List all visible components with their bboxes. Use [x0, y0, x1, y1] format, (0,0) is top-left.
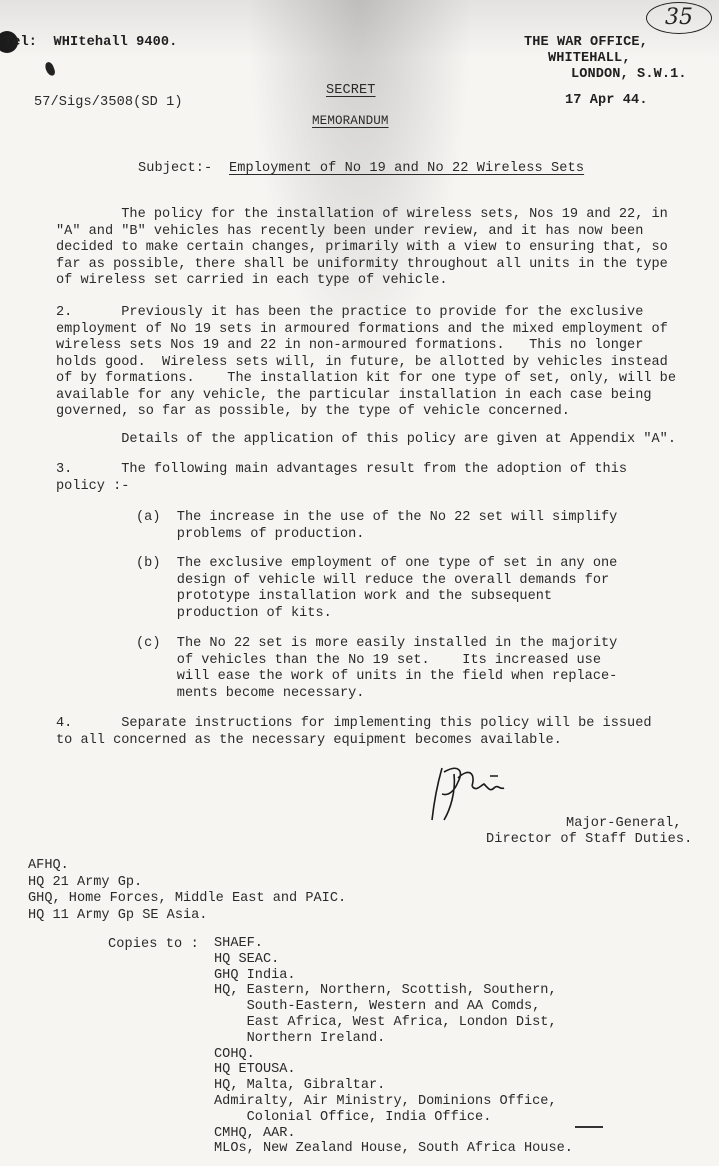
- text-line: policy :-: [56, 479, 627, 496]
- addressee-item: HQ 21 Army Gp.: [28, 875, 346, 892]
- addressee-item: GHQ, Home Forces, Middle East and PAIC.: [28, 891, 346, 908]
- copy-recipient-item: Northern Ireland.: [214, 1031, 573, 1047]
- signatory-rank: Major-General,: [566, 815, 682, 832]
- copy-recipient-item: HQ, Malta, Gibraltar.: [214, 1078, 573, 1094]
- copy-recipient-item: COHQ.: [214, 1047, 573, 1063]
- copy-recipient-item: HQ SEAC.: [214, 952, 573, 968]
- advantage-line: design of vehicle will reduce the overal…: [136, 573, 617, 590]
- addressee-item: HQ 11 Army Gp SE Asia.: [28, 908, 346, 925]
- memo-page: 35 Tel: WHItehall 9400. 57/Sigs/3508(SD …: [0, 0, 719, 1166]
- copies-to-label: Copies to :: [108, 936, 199, 953]
- advantage-line: (a) The increase in the use of the No 22…: [136, 510, 617, 527]
- advantage-a: (a) The increase in the use of the No 22…: [136, 510, 617, 543]
- paragraph-2: 2. Previously it has been the practice t…: [56, 305, 676, 421]
- advantage-c: (c) The No 22 set is more easily install…: [136, 636, 617, 702]
- copies-list: SHAEF.HQ SEAC.GHQ India.HQ, Eastern, Nor…: [214, 936, 573, 1157]
- advantage-line: (c) The No 22 set is more easily install…: [136, 636, 617, 653]
- copy-recipient-item: CMHQ, AAR.: [214, 1126, 573, 1142]
- text-line: governed, so far as possible, by the typ…: [56, 404, 676, 421]
- advantage-line: of vehicles than the No 19 set. Its incr…: [136, 653, 617, 670]
- addressee-item: AFHQ.: [28, 858, 346, 875]
- text-line: "A" and "B" vehicles has recently been u…: [56, 224, 668, 241]
- memorandum-label: MEMORANDUM: [312, 113, 389, 130]
- text-line: to all concerned as the necessary equipm…: [56, 733, 652, 750]
- paragraph-1: The policy for the installation of wirel…: [56, 207, 668, 290]
- classification-label: SECRET: [326, 82, 376, 99]
- signatory-title: Director of Staff Duties.: [486, 831, 692, 848]
- text-line: of by formations. The installation kit f…: [56, 371, 676, 388]
- signature-mark: [428, 762, 548, 826]
- text-line: decided to make certain changes, primari…: [56, 240, 668, 257]
- copy-recipient-item: Colonial Office, India Office.: [214, 1110, 573, 1126]
- address-line-2: WHITEHALL,: [548, 50, 631, 67]
- address-line-3: LONDON, S.W.1.: [571, 66, 687, 83]
- text-line: The policy for the installation of wirel…: [56, 207, 668, 224]
- copy-recipient-item: GHQ India.: [214, 968, 573, 984]
- copy-recipient-item: HQ, Eastern, Northern, Scottish, Souther…: [214, 983, 573, 999]
- paragraph-2-note: Details of the application of this polic…: [56, 432, 676, 449]
- folio-number-circle: 35: [646, 2, 712, 34]
- copy-recipient-item: Admiralty, Air Ministry, Dominions Offic…: [214, 1094, 573, 1110]
- paragraph-4: 4. Separate instructions for implementin…: [56, 716, 652, 749]
- addressee-list: AFHQ.HQ 21 Army Gp.GHQ, Home Forces, Mid…: [28, 858, 346, 924]
- advantage-line: problems of production.: [136, 527, 617, 544]
- ink-mark: [44, 61, 56, 77]
- text-line: far as possible, there shall be uniformi…: [56, 257, 668, 274]
- address-line-1: THE WAR OFFICE,: [524, 34, 648, 51]
- advantage-line: (b) The exclusive employment of one type…: [136, 556, 617, 573]
- text-line: holds good. Wireless sets will, in futur…: [56, 355, 676, 372]
- copy-recipient-item: South-Eastern, Western and AA Comds,: [214, 999, 573, 1015]
- advantage-line: will ease the work of units in the field…: [136, 669, 617, 686]
- copy-recipient-item: HQ ETOUSA.: [214, 1062, 573, 1078]
- folio-number: 35: [665, 5, 693, 30]
- text-line: of wireless set carried in each type of …: [56, 273, 668, 290]
- copy-recipient-item: East Africa, West Africa, London Dist,: [214, 1015, 573, 1031]
- text-line: available for any vehicle, the particula…: [56, 388, 676, 405]
- advantage-line: ments become necessary.: [136, 686, 617, 703]
- subject-title: Employment of No 19 and No 22 Wireless S…: [229, 160, 584, 177]
- paragraph-3: 3. The following main advantages result …: [56, 462, 627, 495]
- advantage-line: prototype installation work and the subs…: [136, 589, 617, 606]
- copy-recipient-item: MLOs, New Zealand House, South Africa Ho…: [214, 1141, 573, 1157]
- text-line: wireless sets Nos 19 and 22 in non-armou…: [56, 338, 676, 355]
- memo-date: 17 Apr 44.: [565, 92, 648, 109]
- text-line: 3. The following main advantages result …: [56, 462, 627, 479]
- copy-recipient-item: SHAEF.: [214, 936, 573, 952]
- advantage-b: (b) The exclusive employment of one type…: [136, 556, 617, 622]
- advantage-line: production of kits.: [136, 606, 617, 623]
- text-line: 2. Previously it has been the practice t…: [56, 305, 676, 322]
- reference-number: 57/Sigs/3508(SD 1): [34, 94, 183, 111]
- subject-label: Subject:-: [138, 160, 212, 177]
- text-line: employment of No 19 sets in armoured for…: [56, 322, 676, 339]
- pen-dash-mark: [575, 1126, 603, 1128]
- text-line: 4. Separate instructions for implementin…: [56, 716, 652, 733]
- telephone-line: Tel: WHItehall 9400.: [4, 34, 177, 51]
